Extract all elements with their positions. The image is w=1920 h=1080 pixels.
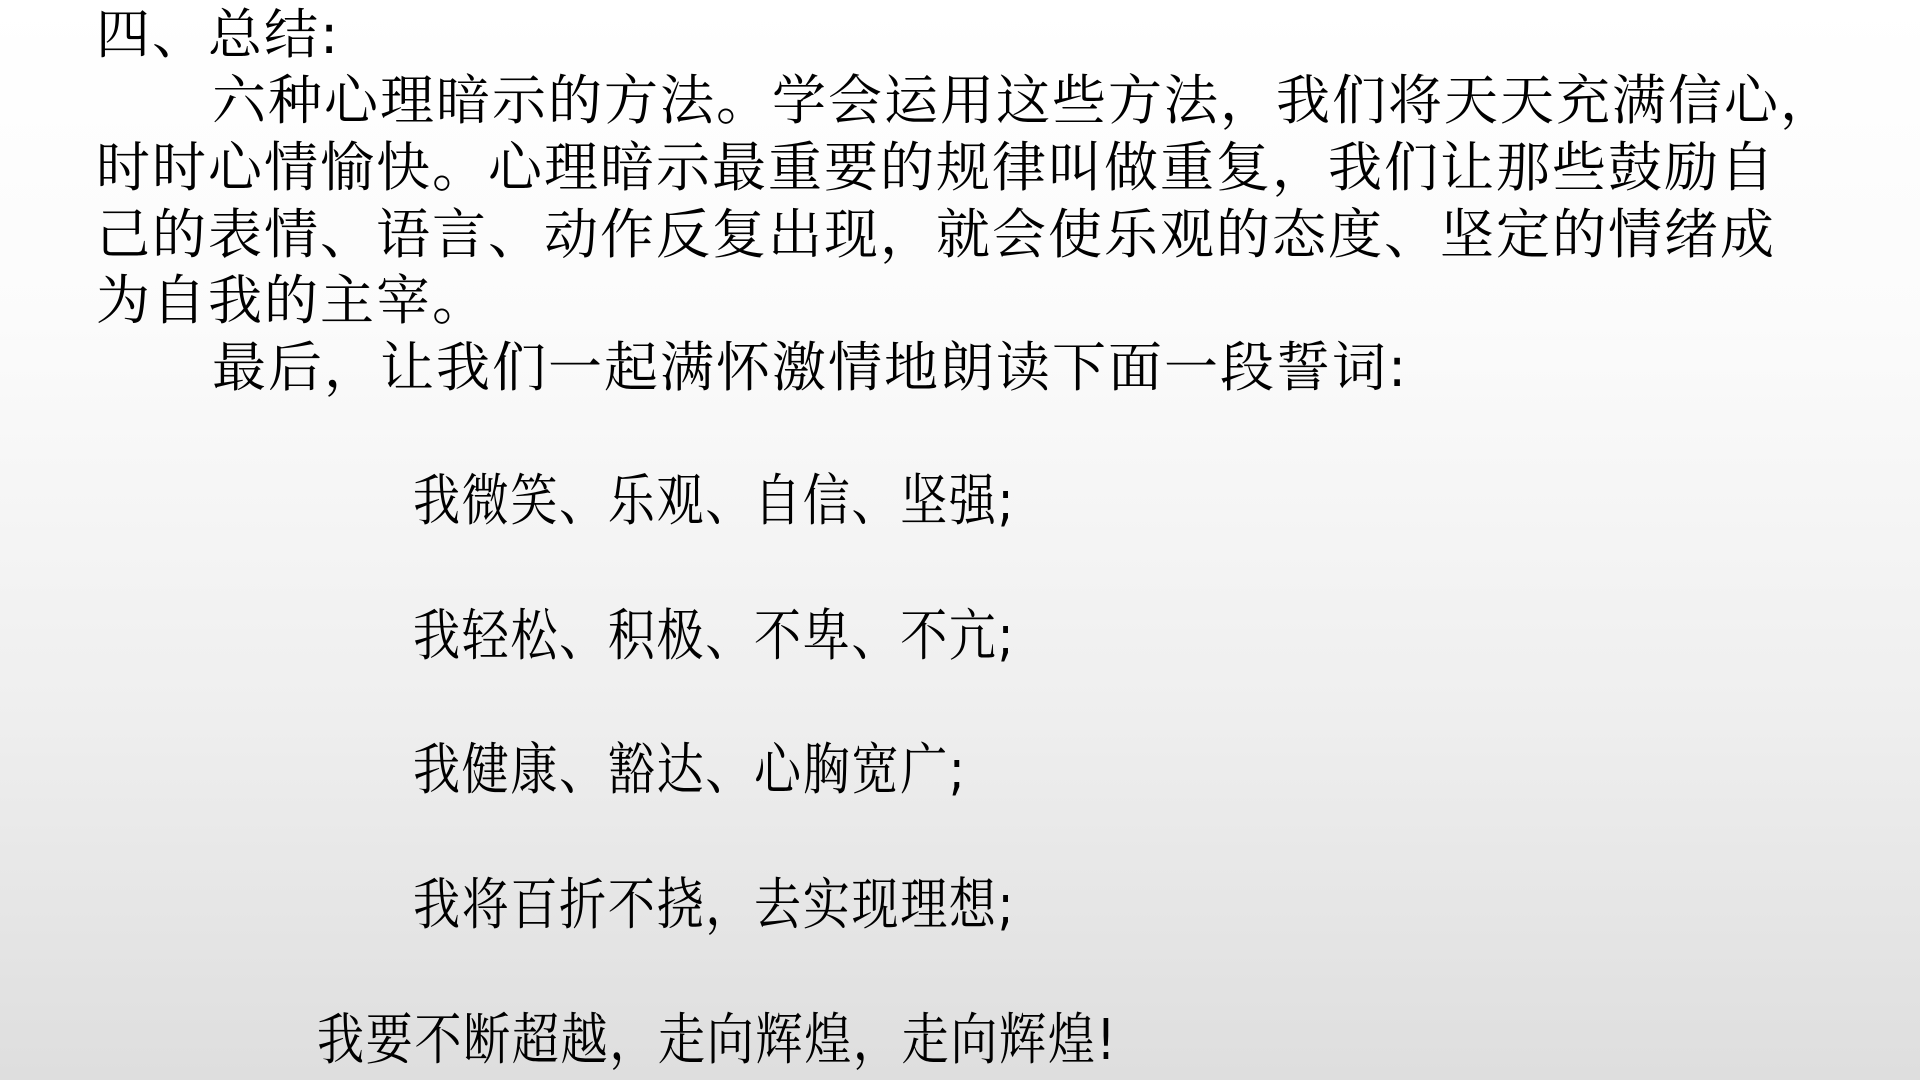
paragraph-line-2: 时时心情愉快。心理暗示最重要的规律叫做重复，我们让那些鼓励自 [96, 135, 1776, 201]
paragraph-line-1: 六种心理暗示的方法。学会运用这些方法，我们将天天充满信心， [212, 68, 1836, 134]
vow-line-3: 我健康、豁达、心胸宽广; [413, 736, 966, 806]
vow-line-2: 我轻松、积极、不卑、不亢; [413, 602, 1015, 672]
paragraph-line-4: 为自我的主宰。 [96, 268, 488, 334]
vow-line-1: 我微笑、乐观、自信、坚强; [413, 467, 1015, 537]
paragraph-line-3: 己的表情、语言、动作反复出现，就会使乐观的态度、坚定的情绪成 [96, 202, 1776, 268]
section-heading: 四、总结: [96, 2, 340, 68]
vow-line-5: 我要不断超越，走向辉煌，走向辉煌! [317, 1006, 1117, 1076]
closing-intro: 最后，让我们一起满怀激情地朗读下面一段誓词: [212, 335, 1408, 401]
vow-line-4: 我将百折不挠，去实现理想; [413, 871, 1015, 941]
